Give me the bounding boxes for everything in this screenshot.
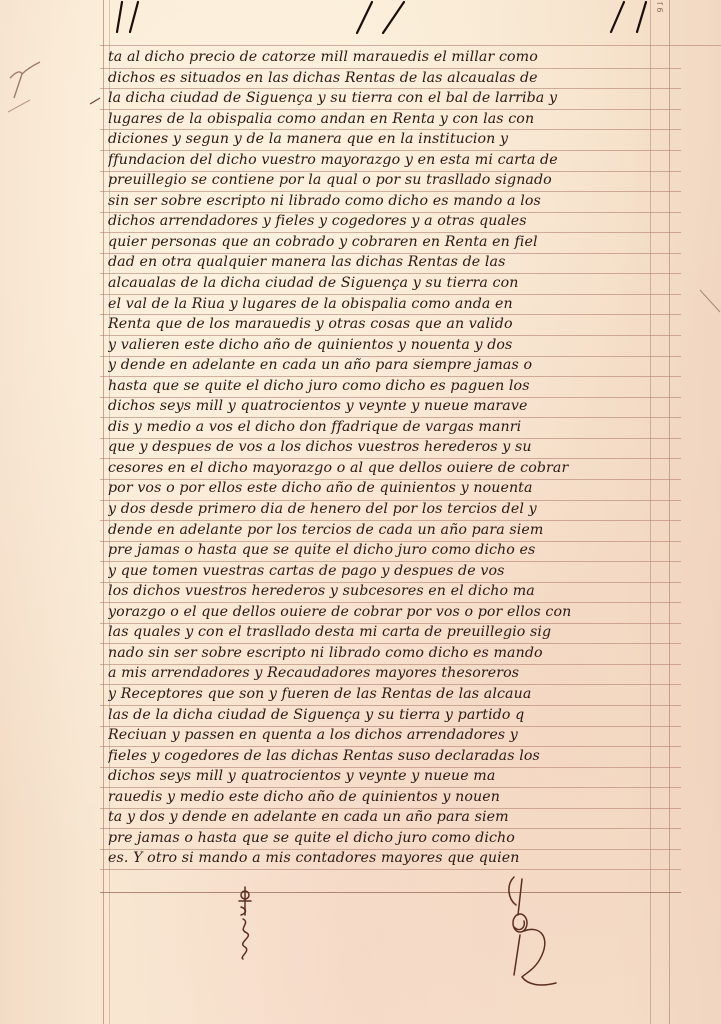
text-line: sin ser sobre escripto ni librado como d…	[108, 191, 678, 212]
text-line: quier personas que an cobrado y cobraren…	[108, 232, 678, 253]
text-line: yorazgo o el que dellos ouiere de cobrar…	[108, 602, 678, 623]
text-line: dichos seys mill y quatrocientos y veynt…	[108, 766, 678, 787]
text-line: dichos es situados en las dichas Rentas …	[108, 68, 678, 89]
folio-number: ſ 6	[655, 2, 664, 12]
text-line: el val de la Riua y lugares de la obispa…	[108, 294, 678, 315]
text-line: los dichos vuestros herederos y subcesor…	[108, 581, 678, 602]
text-line: por vos o por ellos este dicho año de qu…	[108, 478, 678, 499]
text-line: a mis arrendadores y Recaudadores mayore…	[108, 663, 678, 684]
text-line: dad en otra qualquier manera las dichas …	[108, 252, 678, 273]
text-line: rauedis y medio este dicho año de quinie…	[108, 787, 678, 808]
text-line: pre jamas o hasta que se quite el dicho …	[108, 540, 678, 561]
margin-note-icon	[0, 50, 60, 110]
text-line: ffundacion del dicho vuestro mayorazgo y…	[108, 150, 678, 171]
text-line: y dende en adelante en cada un año para …	[108, 355, 678, 376]
text-line: y que tomen vuestras cartas de pago y de…	[108, 561, 678, 582]
text-line: nado sin ser sobre escripto ni librado c…	[108, 643, 678, 664]
top-rule	[100, 45, 721, 46]
text-line: dichos seys mill y quatrocientos y veynt…	[108, 396, 678, 417]
text-line: dende en adelante por los tercios de cad…	[108, 520, 678, 541]
text-line: es. Y otro si mando a mis contadores may…	[108, 848, 678, 869]
text-line: y dos desde primero dia de henero del po…	[108, 499, 678, 520]
rubric-left-icon	[225, 885, 265, 965]
text-line: Renta que de los marauedis y otras cosas…	[108, 314, 678, 335]
text-line: la dicha ciudad de Siguença y su tierra …	[108, 88, 678, 109]
manuscript-text: ta al dicho precio de catorze mill marau…	[108, 47, 678, 869]
text-line: pre jamas o hasta que se quite el dicho …	[108, 828, 678, 849]
text-line: cesores en el dicho mayorazgo o al que d…	[108, 458, 678, 479]
margin-tick-icon	[88, 96, 108, 106]
text-line: dis y medio a vos el dicho don ffadrique…	[108, 417, 678, 438]
text-line: que y despues de vos a los dichos vuestr…	[108, 437, 678, 458]
text-line: ta y dos y dende en adelante en cada un …	[108, 807, 678, 828]
text-line: las de la dicha ciudad de Siguença y su …	[108, 705, 678, 726]
text-line: preuillegio se contiene por la qual o po…	[108, 170, 678, 191]
text-line: hasta que se quite el dicho juro como di…	[108, 376, 678, 397]
text-line: lugares de la obispalia como andan en Re…	[108, 109, 678, 130]
text-line: Reciuan y passen en quenta a los dichos …	[108, 725, 678, 746]
text-line: y Receptores que son y fueren de las Ren…	[108, 684, 678, 705]
top-slash-marks	[0, 0, 721, 40]
text-line: fieles y cogedores de las dichas Rentas …	[108, 746, 678, 767]
text-line: diciones y segun y de la manera que en l…	[108, 129, 678, 150]
rubric-right-icon	[500, 875, 570, 1005]
text-line: y valieren este dicho año de quinientos …	[108, 335, 678, 356]
text-line: dichos arrendadores y fieles y cogedores…	[108, 211, 678, 232]
text-line: ta al dicho precio de catorze mill marau…	[108, 47, 678, 68]
left-margin-rule	[103, 0, 104, 1024]
manuscript-page: ſ 6	[0, 0, 721, 1024]
text-line: las quales y con el trasllado desta mi c…	[108, 622, 678, 643]
text-line: alcaualas de la dicha ciudad de Siguença…	[108, 273, 678, 294]
